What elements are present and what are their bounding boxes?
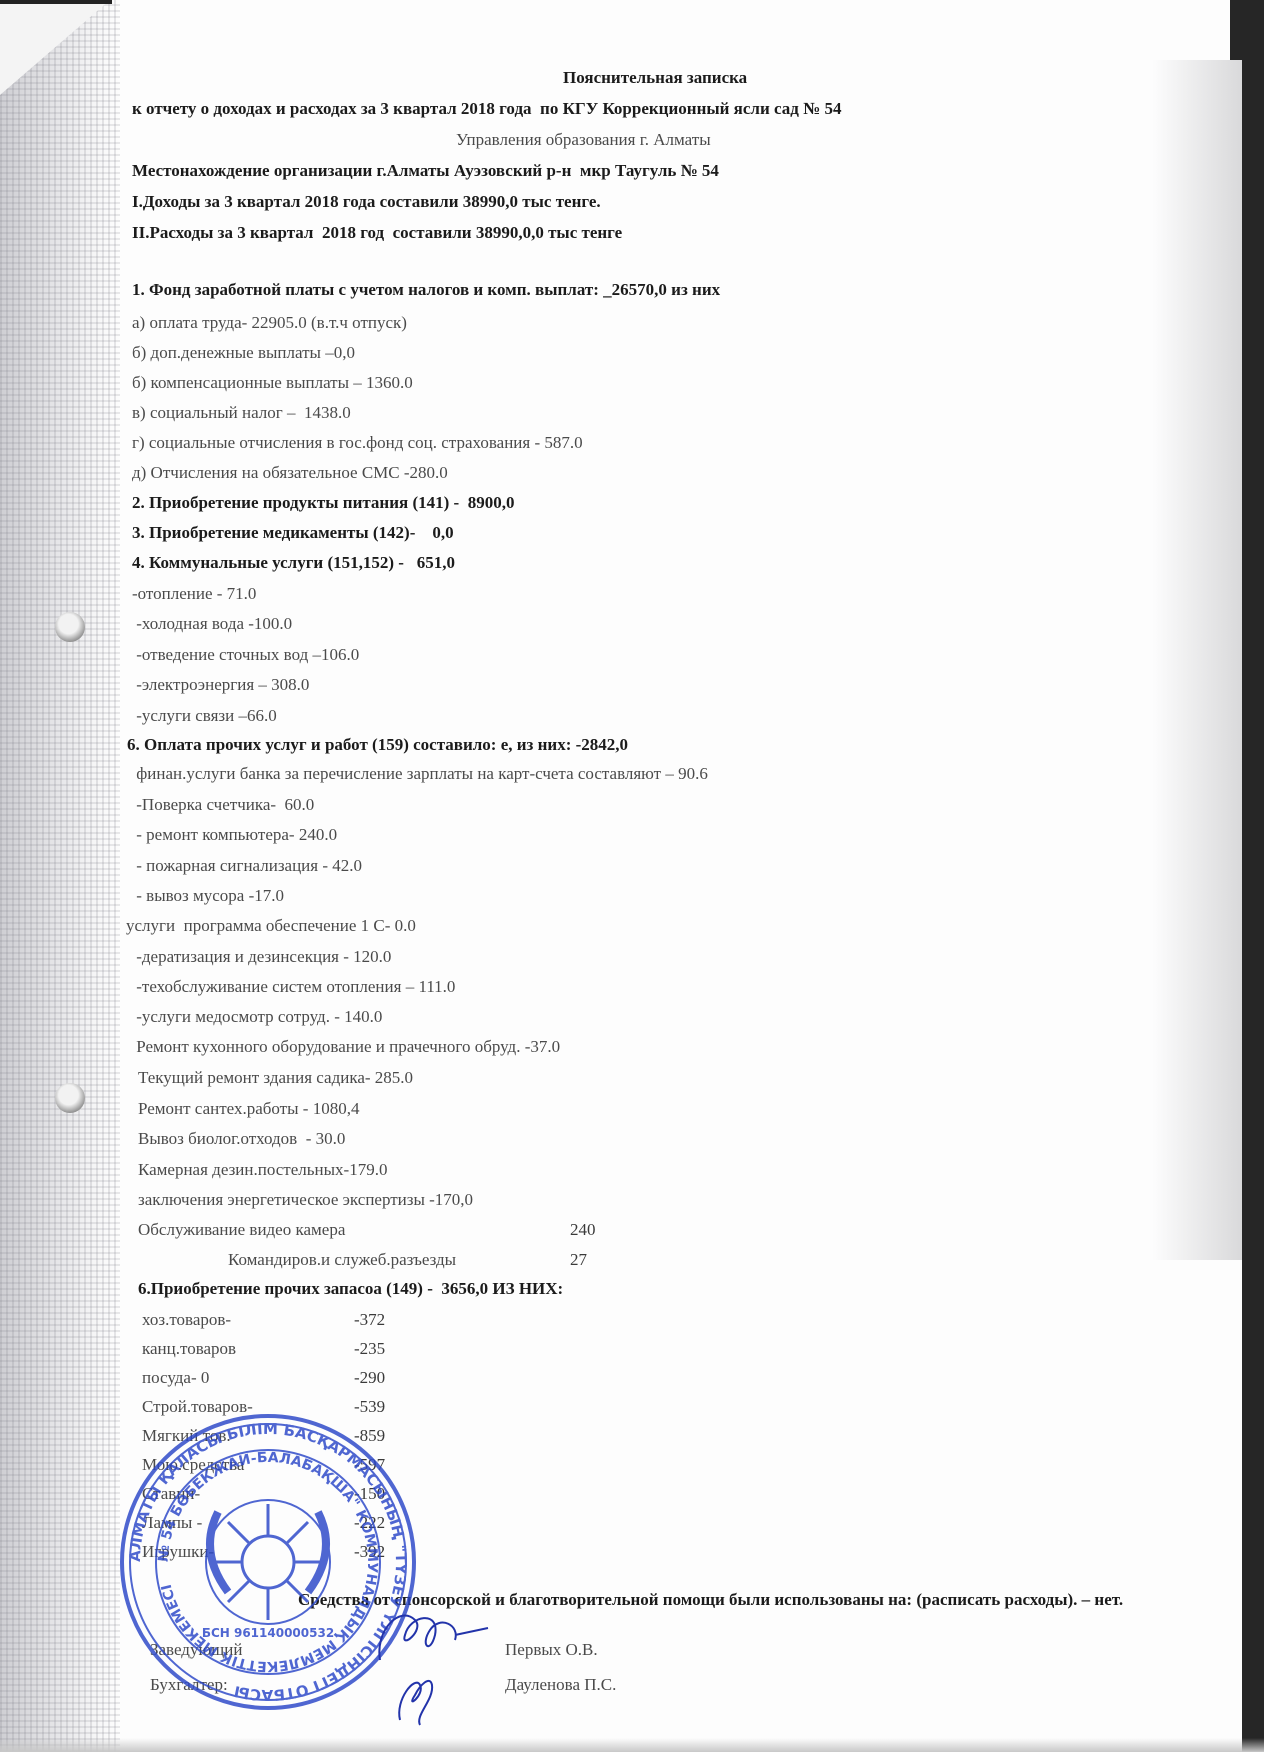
list-item: в) социальный налог – 1438.0: [132, 403, 351, 423]
table-row-label: Обслуживание видео камера: [138, 1220, 345, 1240]
expenses-total: II.Расходы за 3 квартал 2018 год состави…: [132, 223, 622, 243]
list-item: - ремонт компьютера- 240.0: [132, 825, 337, 845]
list-item: Ремонт кухонного оборудование и прачечно…: [132, 1037, 560, 1057]
section-food-heading: 2. Приобретение продукты питания (141) -…: [132, 493, 514, 513]
section-services-heading: 6. Оплата прочих услуг и работ (159) сос…: [127, 735, 628, 755]
scan-edge-top: [0, 0, 112, 4]
accountant-label: Бухгалтер:: [150, 1675, 228, 1695]
supply-item-label: хоз.товаров-: [142, 1310, 231, 1330]
section-supplies-heading: 6.Приобретение прочих запасоа (149) - 36…: [138, 1279, 563, 1299]
director-name: Первых О.В.: [505, 1640, 598, 1660]
supply-item-label: Игрушки-: [142, 1542, 214, 1562]
list-item: заключения энергетическое экспертизы -17…: [138, 1190, 473, 1210]
supply-item-value: -235: [354, 1339, 385, 1359]
list-item: г) социальные отчисления в гос.фонд соц.…: [132, 433, 583, 453]
supply-item-value: -290: [354, 1368, 385, 1388]
list-item: -электроэнергия – 308.0: [132, 675, 309, 695]
list-item: -услуги медосмотр сотруд. - 140.0: [132, 1007, 382, 1027]
supply-item-label: Лампы -: [142, 1513, 202, 1533]
list-item: д) Отчисления на обязательное СМС -280.0: [132, 463, 448, 483]
list-item: б) доп.денежные выплаты –0,0: [132, 343, 355, 363]
section-medicine-heading: 3. Приобретение медикаменты (142)- 0,0: [132, 523, 454, 543]
scan-shadow-right: [1152, 60, 1242, 1260]
page-title: Пояснительная записка: [563, 68, 747, 88]
folded-corner: [0, 0, 110, 95]
director-label: Заведующий: [150, 1640, 242, 1660]
list-item: Ремонт сантех.работы - 1080,4: [138, 1099, 359, 1119]
supply-item-label: посуда- 0: [142, 1368, 209, 1388]
supply-item-label: Мягкий тов.: [142, 1426, 231, 1446]
scan-edge-bottom: [0, 1738, 1264, 1752]
report-subtitle: к отчету о доходах и расходах за 3 кварт…: [132, 99, 841, 119]
supply-item-label: Ставни-: [142, 1484, 200, 1504]
sponsorship-note: Средства от спонсорской и благотворитель…: [298, 1590, 1123, 1610]
supply-item-value: -372: [354, 1310, 385, 1330]
supply-item-label: Строй.товаров-: [142, 1397, 253, 1417]
signature-icon: [360, 1590, 490, 1730]
svg-text:БСН 961140000532: БСН 961140000532: [202, 1626, 334, 1640]
list-item: -услуги связи –66.0: [132, 706, 277, 726]
list-item: финан.услуги банка за перечисление зарпл…: [132, 764, 708, 784]
table-row-value: 240: [570, 1220, 596, 1240]
scan-edge-right-top: [1230, 0, 1242, 60]
list-item: -техобслуживание систем отопления – 111.…: [132, 977, 455, 997]
list-item: -отведение сточных вод –106.0: [132, 645, 359, 665]
supply-item-value: -539: [354, 1397, 385, 1417]
section-utilities-heading: 4. Коммунальные услуги (151,152) - 651,0: [132, 553, 455, 573]
list-item: Текущий ремонт здания садика- 285.0: [138, 1068, 413, 1088]
list-item: -Поверка счетчика- 60.0: [132, 795, 314, 815]
supply-item-label: канц.товаров: [142, 1339, 236, 1359]
list-item: - вывоз мусора -17.0: [132, 886, 284, 906]
accountant-name: Дауленова П.С.: [505, 1675, 616, 1695]
supply-item-value: -150: [354, 1484, 385, 1504]
department: Управления образования г. Алматы: [456, 130, 711, 150]
table-row-value: 27: [570, 1250, 587, 1270]
income-total: I.Доходы за 3 квартал 2018 года составил…: [132, 192, 601, 212]
supply-item-value: -392: [354, 1542, 385, 1562]
scan-edge-right: [1242, 0, 1264, 1752]
supply-item-value: -597: [354, 1455, 385, 1475]
list-item: - пожарная сигнализация - 42.0: [132, 856, 362, 876]
list-item: -холодная вода -100.0: [132, 614, 292, 634]
supply-item-value: -222: [354, 1513, 385, 1533]
punch-hole-icon: [55, 1083, 85, 1113]
list-item: -дератизация и дезинсекция - 120.0: [132, 947, 391, 967]
list-item: б) компенсационные выплаты – 1360.0: [132, 373, 413, 393]
supply-item-value: -859: [354, 1426, 385, 1446]
section-payroll-heading: 1. Фонд заработной платы с учетом налого…: [132, 280, 720, 300]
list-item: Камерная дезин.постельных-179.0: [138, 1160, 387, 1180]
list-item: услуги программа обеспечение 1 С- 0.0: [126, 916, 416, 936]
punch-hole-icon: [55, 612, 85, 642]
list-item: а) оплата труда- 22905.0 (в.т.ч отпуск): [132, 313, 407, 333]
supply-item-label: Мою.средства: [142, 1455, 244, 1475]
location: Местонахождение организации г.Алматы Ауэ…: [132, 161, 719, 181]
list-item: -отопление - 71.0: [132, 584, 256, 604]
list-item: Вывоз биолог.отходов - 30.0: [138, 1129, 345, 1149]
scan-shadow-left: [0, 0, 120, 1752]
table-row-label: Командиров.и служеб.разъезды: [228, 1250, 456, 1270]
